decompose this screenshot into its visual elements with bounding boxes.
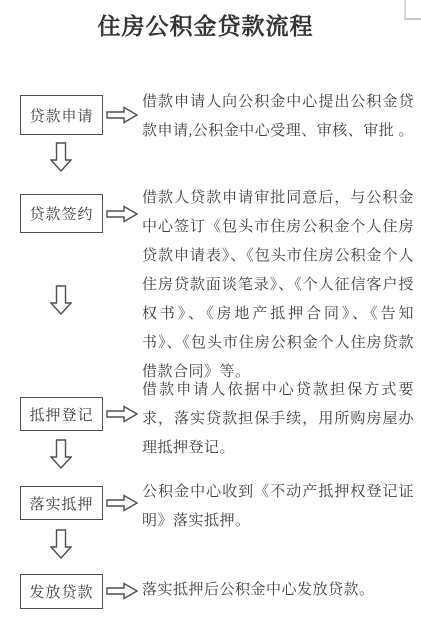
step-description: 公积金中心收到《不动产抵押权登记证明》落实抵押。 [142,478,414,536]
down-arrow-icon [50,439,72,469]
step-description: 落实抵押后公积金中心发放贷款。 [142,576,414,605]
step-description: 借款申请人向公积金中心提出公积金贷款申请,公积金中心受理、审核、审批 。 [142,88,414,146]
step-box-mortgage-implementation: 落实抵押 [20,486,103,520]
step-label: 发放贷款 [29,581,93,602]
right-arrow-icon [106,205,138,223]
step-box-loan-application: 贷款申请 [20,95,103,135]
step-box-loan-disbursement: 发放贷款 [20,574,103,609]
step-description: 借款人贷款申请审批同意后，与公积金中心签订《包头市住房公积金个人住房贷款申请表》… [142,184,414,387]
right-arrow-icon [106,405,138,423]
step-label: 落实抵押 [29,493,93,514]
step-box-mortgage-registration: 抵押登记 [20,397,103,431]
step-box-loan-signing: 贷款签约 [20,194,103,233]
page-title: 住房公积金贷款流程 [0,8,411,41]
right-arrow-icon [106,106,138,124]
flowchart-page: 住房公积金贷款流程 贷款申请 借款申请人向公积金中心提出公积金贷款申请,公积金中… [0,0,421,617]
step-description: 借款申请人依据中心贷款担保方式要求，落实贷款担保手续，用所购房屋办理抵押登记。 [142,376,414,463]
right-arrow-icon [106,494,138,512]
down-arrow-icon [50,529,72,559]
step-label: 贷款签约 [29,203,93,224]
step-label: 抵押登记 [29,404,93,425]
down-arrow-icon [50,285,72,315]
step-label: 贷款申请 [29,105,93,126]
down-arrow-icon [50,142,72,172]
right-arrow-icon [106,582,138,600]
